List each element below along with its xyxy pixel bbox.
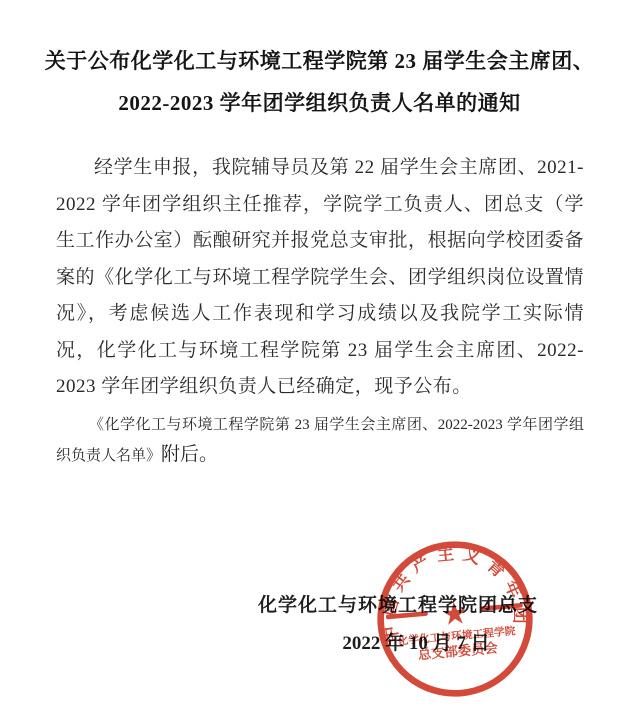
official-stamp: 中国共产主义青年团 ★ 化学化工与环境工程学院 总支部委员会 — [366, 530, 544, 708]
title-line-2: 2022-2023 学年团学组织负责人名单的通知 — [0, 82, 639, 124]
attachment-paragraph: 《化学化工与环境工程学院第 23 届学生会主席团、2022-2023 学年团学组… — [56, 410, 584, 471]
body-paragraph: 经学生申报，我院辅导员及第 22 届学生会主席团、2021-2022 学年团学组… — [56, 150, 584, 406]
title-line-1: 关于公布化学化工与环境工程学院第 23 届学生会主席团、 — [0, 40, 639, 82]
notice-title: 关于公布化学化工与环境工程学院第 23 届学生会主席团、 2022-2023 学… — [0, 40, 639, 124]
stamp-star-icon: ★ — [439, 596, 469, 632]
notice-document-page: 关于公布化学化工与环境工程学院第 23 届学生会主席团、 2022-2023 学… — [0, 0, 639, 722]
stamp-graphics: 中国共产主义青年团 ★ 化学化工与环境工程学院 总支部委员会 — [372, 537, 536, 699]
attachment-title: 《化学化工与环境工程学院第 23 届学生会主席团、2022-2023 学年团学组… — [56, 417, 584, 464]
attachment-suffix: 附后。 — [161, 444, 218, 465]
